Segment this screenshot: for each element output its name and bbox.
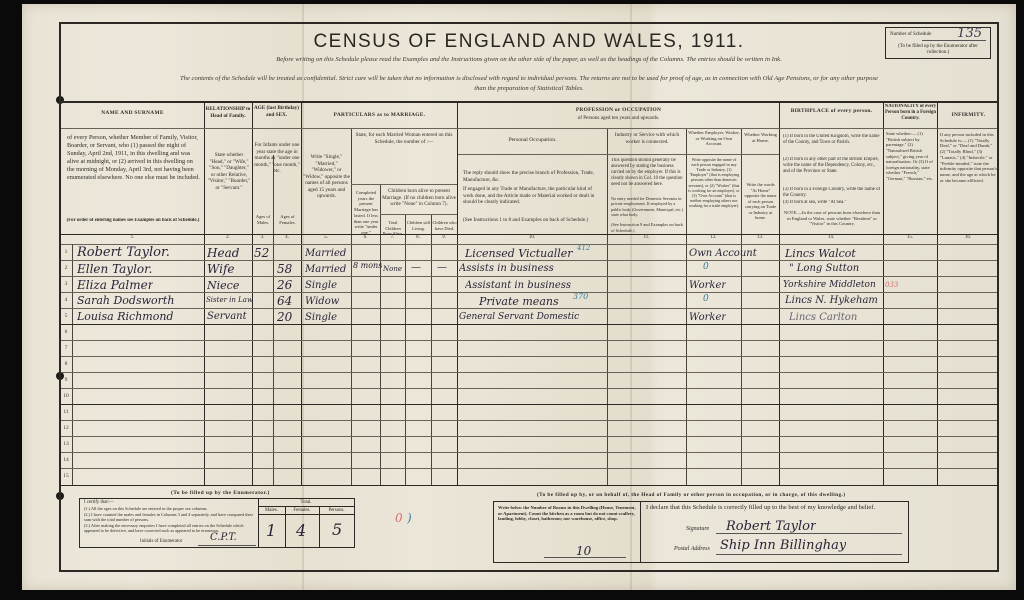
header-children-born: Children born alive to present Marriage.… [381,188,457,208]
initials-line [198,545,256,546]
header-home: Whether Working at Home. [742,132,779,143]
persons-label: Persons. [319,508,354,514]
total-males: 1 [266,521,276,540]
row-number: 7 [61,345,71,351]
header-personal-occupation: Personal Occupation. [458,137,607,144]
column-number: 2. [204,235,252,245]
header-birthplace-body-4: (4) If born at sea, write "At Sea." [783,200,881,206]
header-occupation: PROFESSION or OCCUPATION [458,107,779,114]
header-name-note: (For order of entering names see Example… [65,218,201,224]
row-line [61,420,997,421]
cell-birthplace: Lincs Carlton [789,312,857,323]
cell-age-male: 52 [254,246,269,260]
header-infirmity-body: If any person included in this Schedule … [940,132,998,184]
address-label: Postal Address [674,546,710,552]
header-line [351,184,457,185]
row-number: 3 [61,281,71,287]
header-name-body: of every Person, whether Member of Famil… [67,134,201,182]
enumerator-initials: C.P.T. [210,532,237,543]
rooms-instruction: Write below the Number of Rooms in this … [498,505,638,522]
cell-employer: Own Account [689,248,757,259]
header-married-woman: State, for each Married Woman entered on… [353,132,455,145]
head-section-label: (To be filled up by, or on behalf of, th… [537,492,845,498]
cell-occupation: Assistant in business [465,280,571,291]
cell-condition: Married [305,264,346,275]
row-line [61,356,997,357]
column-number: 11. [607,235,686,245]
col-divider [431,214,432,486]
row-line [61,308,997,309]
cell-occupation: Assists in business [459,263,554,274]
column-number: 16. [937,235,999,245]
column-number: 8. [405,235,431,245]
header-birthplace-note: NOTE.—In the case of persons born elsewh… [783,210,881,227]
cell-occupation: Private means [479,295,559,308]
total-persons: 5 [332,520,342,539]
row-number: 12 [61,425,71,431]
header-marriage-years: Completed years the present Marriage has… [352,190,380,236]
enumerator-box: I certify that:— (1.) All the ages on th… [79,498,355,548]
head-divider [640,502,641,562]
header-relationship: RELATIONSHIP to Head of Family. [205,106,251,119]
row-number: 6 [61,329,71,335]
row-number: 8 [61,361,71,367]
confidential-line-2: than the preparation of Statistical Tabl… [61,85,997,92]
column-number: 15. [883,235,937,245]
row-line [61,260,997,261]
cell-employer: Worker [689,312,726,323]
cell-birthplace: " Long Sutton [789,263,859,274]
row-line [61,372,997,373]
row-number: 10 [61,393,71,399]
declaration: I declare that this Schedule is correctl… [646,504,875,511]
total-line [258,506,354,507]
rooms-count: 10 [576,544,591,558]
cell-birthplace: Yorkshire Middleton [783,280,883,290]
header-line [61,128,997,129]
confidential-line: The contents of the Schedule will be tre… [61,75,997,82]
column-number: 6. [351,235,380,245]
row-number: 15 [61,473,71,479]
column-number: 13. [741,235,779,245]
column-number: 5. [301,235,351,245]
col-divider [779,102,780,486]
document-title: CENSUS OF ENGLAND AND WALES, 1911. [61,31,997,53]
total-females: 4 [296,521,306,540]
cell-children-died: — [437,262,447,273]
row-number: 2 [61,265,71,271]
schedule-number-value: 135 [957,26,982,42]
header-birthplace: BIRTHPLACE of every person. [780,108,883,115]
cell-relationship: Wife [207,262,235,276]
cell-age-female: 64 [277,294,292,308]
header-nationality-body: State whether:— (1) "British subject by … [886,131,936,182]
postal-address: Ship Inn Billinghay [720,538,846,553]
head-section-box: Write below the Number of Rooms in this … [493,501,909,563]
cell-name: Louisa Richmond [77,310,205,323]
cell-condition: Married [305,248,346,259]
cell-relationship: Sister in Law [206,296,253,304]
row-number: 1 [61,249,71,255]
cell-children-living: — [411,262,421,273]
employer-code: 0 [703,294,709,304]
address-line [716,554,902,555]
header-employer: Whether Employer, Worker, or Working on … [687,130,741,147]
row-line [61,388,997,389]
header-relationship-body: State whether "Head," or "Wife," "Son," … [207,152,251,191]
total-line [258,514,354,515]
header-industry-body-2: No entry needed for Domestic Servants in… [611,196,684,217]
col-divider [252,102,253,486]
header-birthplace-body-3: (3) If born in a Foreign Country, write … [783,187,881,199]
header-name: NAME AND SURNAME [61,110,204,117]
cell-age-female: 26 [277,278,292,292]
header-age-males: Ages of Males. [253,214,273,225]
annotation-red: 0 [395,511,403,525]
cell-occupation: General Servant Domestic [459,312,605,322]
cell-age-female: 20 [277,310,292,324]
col-divider [405,214,406,486]
schedule-number-note: (To be filled up by the Enumerator after… [890,44,986,56]
cell-occupation: Licensed Victualler [465,247,573,260]
schedule-number-label: Number of Schedule [890,32,931,37]
occupation-code: 370 [573,292,588,301]
initials-label: Initials of Enumerator [140,539,182,545]
row-line [61,436,997,437]
row-number: 4 [61,297,71,303]
cell-birthplace: Lincs N. Hykeham [785,295,878,306]
certify-1: (1.) All the ages on this Schedule are e… [84,506,256,511]
employer-code: 0 [703,262,709,272]
row-line [61,404,997,405]
cell-relationship: Niece [207,279,239,292]
cell-condition: Single [305,312,337,323]
cell-name: Eliza Palmer [77,278,153,292]
annotation-blue: ) [407,511,412,525]
cell-employer: Worker [689,280,726,291]
males-label: Males. [258,508,285,514]
header-line [380,214,457,215]
signature-label: Signature [686,526,709,532]
header-personal-body: The reply should show the precise branch… [463,170,603,183]
col-divider [937,102,938,486]
cell-birthplace: Lincs Walcot [785,247,856,260]
header-children-living: Children still Living. [406,220,431,231]
enumerator-section-label: (To be filled up by the Enumerator.) [171,490,270,496]
header-rule [61,101,997,103]
row-line [61,452,997,453]
occupation-code: 412 [577,244,590,252]
cell-marriage-years: 8 mons [353,261,382,270]
row-line [61,485,997,486]
row-line [61,324,997,325]
header-birthplace-body-1: (1) If born in the United Kingdom, write… [783,134,881,146]
cell-age-female: 58 [277,262,292,276]
column-number: 9. [431,235,457,245]
header-personal-body-2: If engaged in any Trade or Manufacture, … [463,186,603,206]
header-employer-body: Write opposite the name of each person e… [688,157,740,208]
column-number: 3. [252,235,273,245]
col-divider [883,102,884,486]
header-marriage-condition: Write "Single," "Married," "Widower," or… [303,154,350,200]
header-birthplace-body-2: (2) If born in any other part of the Bri… [783,157,881,175]
header-age: AGE (last Birthday) and SEX. [253,105,300,118]
header-age-females: Ages of Females. [274,214,301,225]
cell-relationship: Servant [207,311,247,322]
header-children-died: Children who have Died. [432,220,457,231]
rownum-divider [72,244,73,486]
header-nationality: NATIONALITY of every Person born in a Fo… [884,104,937,122]
column-number: 7. [380,235,405,245]
females-label: Females. [285,508,319,514]
row-line [61,276,997,277]
row-number: 11 [61,409,71,415]
header-age-body: For Infants under one year state the age… [254,142,300,175]
column-number: 1. [61,235,204,245]
row-line [61,340,997,341]
header-industry: Industry or Service with which worker is… [609,132,685,145]
cell-relationship: Head [207,246,239,260]
col-divider [457,102,458,486]
column-number: 12. [686,235,741,245]
cell-condition: Single [305,280,337,291]
column-number: 14. [779,235,883,245]
cell-name: Robert Taylor. [77,245,170,260]
col-divider [301,102,302,486]
row-number: 14 [61,457,71,463]
header-home-body: Write the words "At Home" opposite the n… [743,182,778,221]
header-infirmity: INFIRMITY. [938,112,999,119]
cell-children-total: None [383,265,402,273]
header-marriage: PARTICULARS as to MARRIAGE. [302,112,457,119]
header-occupation-subtitle: of Persons aged ten years and upwards. [458,115,779,122]
census-form: CENSUS OF ENGLAND AND WALES, 1911. Befor… [59,22,999,572]
certify-2: (2.) I have counted the males and female… [84,512,256,523]
instruction-line: Before writing on this Schedule please r… [61,56,997,63]
birthplace-code: 033 [885,281,898,289]
row-line [61,292,997,293]
cell-condition: Widow [305,296,339,307]
column-number: 4. [273,235,301,245]
header-industry-note: (See Instruction 9 and Examples on back … [611,222,684,233]
signature: Robert Taylor [726,519,816,534]
schedule-number-box: Number of Schedule 135 (To be filled up … [885,27,991,59]
cell-name: Sarah Dodsworth [77,294,205,307]
row-line [61,468,997,469]
row-number: 5 [61,313,71,319]
header-industry-body: This question should generally be answer… [611,158,684,188]
header-personal-note: (See Instructions 1 to 8 and Examples on… [463,217,603,224]
cell-name: Ellen Taylor. [77,262,152,276]
row-number: 9 [61,377,71,383]
row-number: 13 [61,441,71,447]
header-line [458,154,779,155]
